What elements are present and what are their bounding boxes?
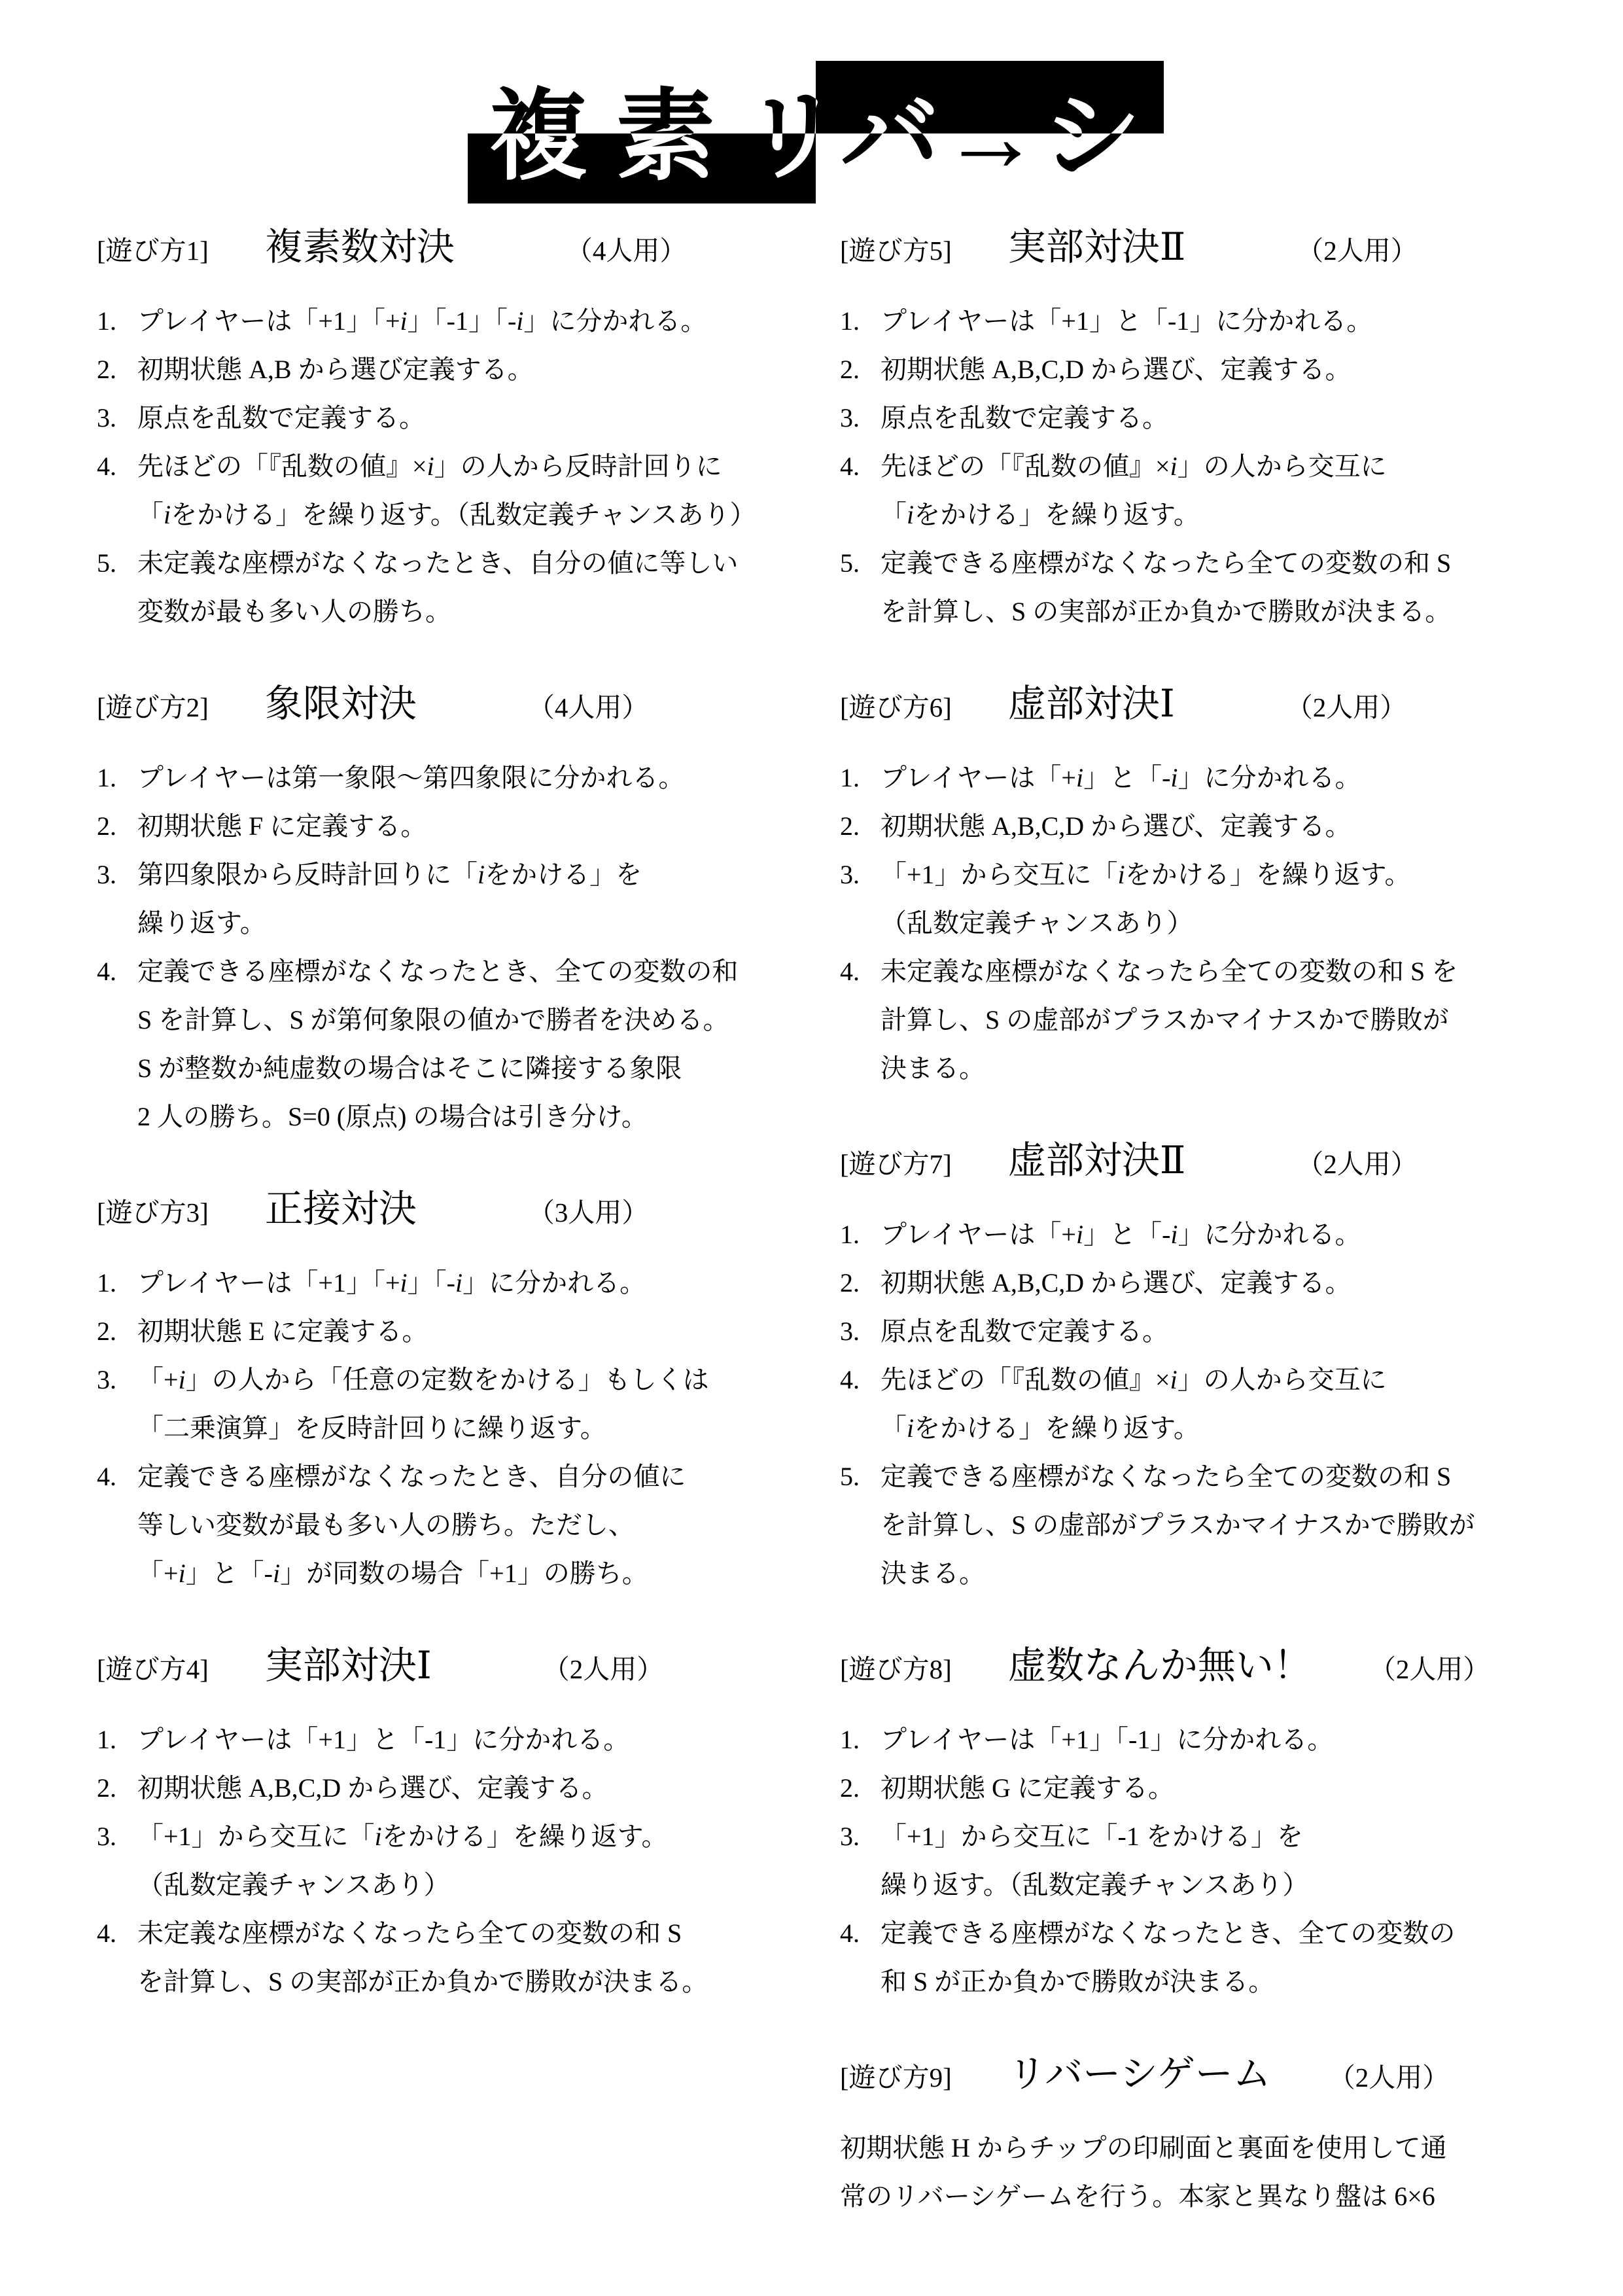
section-game-5: [遊び方5] 実部対決Ⅱ （2人用） 1.プレイヤーは「+1」と「-1」に分かれ… bbox=[840, 216, 1540, 636]
rule-text: プレイヤーは「+1」「-1」に分かれる。 bbox=[881, 1716, 1333, 1764]
rule-item: 1.プレイヤーは「+1」と「-1」に分かれる。 bbox=[97, 1716, 797, 1764]
player-count: （4人用） bbox=[528, 686, 649, 724]
section-title: 正接対決 bbox=[265, 1178, 417, 1233]
section-tag: [遊び方6] bbox=[840, 686, 952, 724]
rule-text: 初期状態 E に定義する。 bbox=[137, 1307, 428, 1356]
section-heading: [遊び方1] 複素数対決 （4人用） bbox=[97, 216, 797, 271]
right-column: [遊び方5] 実部対決Ⅱ （2人用） 1.プレイヤーは「+1」と「-1」に分かれ… bbox=[840, 216, 1540, 2221]
section-tag: [遊び方4] bbox=[97, 1648, 209, 1686]
rule-item: 2.初期状態 E に定義する。 bbox=[97, 1307, 797, 1356]
rule-text: 定義できる座標がなくなったとき、全ての変数の 和 S が正か負かで勝敗が決まる。 bbox=[881, 1909, 1455, 2006]
rule-item: 4.定義できる座標がなくなったとき、全ての変数の和 S を計算し、S が第何象限… bbox=[97, 947, 797, 1141]
rules-list: 1.プレイヤーは「+i」と「-i」に分かれる。 2.初期状態 A,B,C,D か… bbox=[840, 754, 1540, 1093]
rule-number: 4. bbox=[97, 1453, 137, 1598]
rule-number: 2. bbox=[840, 1259, 881, 1307]
rule-item: 1.プレイヤーは「+1」と「-1」に分かれる。 bbox=[840, 297, 1540, 345]
rule-item: 3.「+1」から交互に「iをかける」を繰り返す。 （乱数定義チャンスあり） bbox=[840, 851, 1540, 947]
rule-number: 1. bbox=[840, 297, 881, 345]
rule-text: 先ほどの「『乱数の値』×i」の人から交互に 「iをかける」を繰り返す。 bbox=[881, 442, 1387, 539]
rule-item: 1.プレイヤーは「+1」「+i」「-i」に分かれる。 bbox=[97, 1259, 797, 1307]
rule-text: プレイヤーは「+i」と「-i」に分かれる。 bbox=[881, 1210, 1361, 1259]
rule-text: 原点を乱数で定義する。 bbox=[881, 1307, 1168, 1356]
section-tag: [遊び方5] bbox=[840, 229, 952, 268]
rule-text: 「+1」から交互に「iをかける」を繰り返す。 （乱数定義チャンスあり） bbox=[881, 851, 1411, 947]
rule-text: プレイヤーは「+1」と「-1」に分かれる。 bbox=[881, 297, 1372, 345]
section-game-6: [遊び方6] 虚部対決Ⅰ （2人用） 1.プレイヤーは「+i」と「-i」に分かれ… bbox=[840, 673, 1540, 1093]
section-tag: [遊び方1] bbox=[97, 229, 209, 268]
rule-item: 3.原点を乱数で定義する。 bbox=[97, 394, 797, 442]
rule-item: 2.初期状態 G に定義する。 bbox=[840, 1764, 1540, 1812]
rule-text: 定義できる座標がなくなったら全ての変数の和 S を計算し、S の虚部がプラスかマ… bbox=[881, 1453, 1475, 1598]
section-title: 実部対決Ⅰ bbox=[265, 1634, 432, 1689]
section-game-7: [遊び方7] 虚部対決Ⅱ （2人用） 1.プレイヤーは「+i」と「-i」に分かれ… bbox=[840, 1129, 1540, 1598]
section-title: 複素数対決 bbox=[265, 216, 455, 271]
player-count: （3人用） bbox=[528, 1191, 649, 1229]
rule-item: 2.初期状態 F に定義する。 bbox=[97, 802, 797, 851]
content-columns: [遊び方1] 複素数対決 （4人用） 1.プレイヤーは「+1」「+i」「-1」「… bbox=[97, 216, 1540, 2221]
rule-number: 2. bbox=[840, 1764, 881, 1812]
rule-number: 5. bbox=[840, 539, 881, 636]
rule-item: 3.「+1」から交互に「-1 をかける」を 繰り返す。（乱数定義チャンスあり） bbox=[840, 1812, 1540, 1909]
rule-item: 1.プレイヤーは「+i」と「-i」に分かれる。 bbox=[840, 1210, 1540, 1259]
rule-item: 4.未定義な座標がなくなったら全ての変数の和 S を 計算し、S の虚部がプラス… bbox=[840, 947, 1540, 1093]
rule-text: 先ほどの「『乱数の値』×i」の人から交互に 「iをかける」を繰り返す。 bbox=[881, 1356, 1387, 1453]
section-title: 虚部対決Ⅱ bbox=[1008, 1129, 1185, 1184]
rule-text: 定義できる座標がなくなったとき、自分の値に 等しい変数が最も多い人の勝ち。ただし… bbox=[137, 1453, 686, 1598]
rule-number: 5. bbox=[840, 1453, 881, 1598]
rule-number: 3. bbox=[840, 394, 881, 442]
rule-number: 1. bbox=[840, 754, 881, 802]
rule-number: 2. bbox=[97, 1307, 137, 1356]
rule-number: 2. bbox=[97, 345, 137, 394]
rule-text: 未定義な座標がなくなったら全ての変数の和 S を 計算し、S の虚部がプラスかマ… bbox=[881, 947, 1457, 1093]
rules-list: 1.プレイヤーは「+1」と「-1」に分かれる。 2.初期状態 A,B,C,D か… bbox=[97, 1716, 797, 2006]
game9-description: 初期状態 H からチップの印刷面と裏面を使用して通 常のリバーシゲームを行う。本… bbox=[840, 2124, 1540, 2221]
rule-number: 3. bbox=[840, 851, 881, 947]
section-heading: [遊び方6] 虚部対決Ⅰ （2人用） bbox=[840, 673, 1540, 728]
rules-list: 1.プレイヤーは第一象限～第四象限に分かれる。 2.初期状態 F に定義する。 … bbox=[97, 754, 797, 1141]
rule-number: 1. bbox=[97, 1259, 137, 1307]
rule-text: プレイヤーは「+1」「+i」「-i」に分かれる。 bbox=[137, 1259, 646, 1307]
rule-number: 3. bbox=[97, 394, 137, 442]
section-heading: [遊び方8] 虚数なんか無い！ （2人用） bbox=[840, 1634, 1540, 1689]
section-heading: [遊び方4] 実部対決Ⅰ （2人用） bbox=[97, 1634, 797, 1689]
rule-item: 1.プレイヤーは「+i」と「-i」に分かれる。 bbox=[840, 754, 1540, 802]
rule-text: プレイヤーは「+1」と「-1」に分かれる。 bbox=[137, 1716, 629, 1764]
rule-item: 3.原点を乱数で定義する。 bbox=[840, 1307, 1540, 1356]
rule-number: 1. bbox=[97, 754, 137, 802]
rule-number: 1. bbox=[97, 1716, 137, 1764]
page-title: 複 素 リバ→シ bbox=[468, 56, 1164, 199]
rule-number: 2. bbox=[840, 802, 881, 851]
rule-number: 5. bbox=[97, 539, 137, 636]
rule-number: 4. bbox=[97, 1909, 137, 2006]
rule-item: 4.先ほどの「『乱数の値』×i」の人から交互に 「iをかける」を繰り返す。 bbox=[840, 442, 1540, 539]
section-game-3: [遊び方3] 正接対決 （3人用） 1.プレイヤーは「+1」「+i」「-i」に分… bbox=[97, 1178, 797, 1598]
section-tag: [遊び方3] bbox=[97, 1191, 209, 1229]
title-banner: 複 素 リバ→シ bbox=[468, 61, 1164, 203]
section-game-9: [遊び方9] リバーシゲーム （2人用） 初期状態 H からチップの印刷面と裏面… bbox=[840, 2043, 1540, 2221]
rule-number: 2. bbox=[97, 802, 137, 851]
rule-text: 初期状態 G に定義する。 bbox=[881, 1764, 1174, 1812]
rule-number: 1. bbox=[840, 1716, 881, 1764]
rule-text: 第四象限から反時計回りに「iをかける」を 繰り返す。 bbox=[137, 851, 642, 947]
rule-text: 初期状態 A,B,C,D から選び、定義する。 bbox=[881, 802, 1352, 851]
rule-number: 3. bbox=[840, 1307, 881, 1356]
rules-list: 1.プレイヤーは「+i」と「-i」に分かれる。 2.初期状態 A,B,C,D か… bbox=[840, 1210, 1540, 1598]
rule-item: 4.先ほどの「『乱数の値』×i」の人から反時計回りに 「iをかける」を繰り返す。… bbox=[97, 442, 797, 539]
rule-item: 2.初期状態 A,B,C,D から選び、定義する。 bbox=[840, 802, 1540, 851]
rule-text: 定義できる座標がなくなったら全ての変数の和 S を計算し、S の実部が正か負かで… bbox=[881, 539, 1451, 636]
rule-number: 4. bbox=[840, 1909, 881, 2006]
section-tag: [遊び方9] bbox=[840, 2056, 952, 2094]
section-title: 虚部対決Ⅰ bbox=[1008, 673, 1175, 728]
rule-number: 2. bbox=[840, 345, 881, 394]
rule-item: 4.定義できる座標がなくなったとき、全ての変数の 和 S が正か負かで勝敗が決ま… bbox=[840, 1909, 1540, 2006]
player-count: （2人用） bbox=[1297, 229, 1418, 268]
rule-text: 初期状態 A,B から選び定義する。 bbox=[137, 345, 534, 394]
rules-list: 1.プレイヤーは「+1」と「-1」に分かれる。 2.初期状態 A,B,C,D か… bbox=[840, 297, 1540, 636]
rule-item: 5.定義できる座標がなくなったら全ての変数の和 S を計算し、S の実部が正か負… bbox=[840, 539, 1540, 636]
rule-number: 4. bbox=[840, 442, 881, 539]
rule-text: 原点を乱数で定義する。 bbox=[881, 394, 1168, 442]
section-title: 象限対決 bbox=[265, 673, 417, 728]
section-game-4: [遊び方4] 実部対決Ⅰ （2人用） 1.プレイヤーは「+1」と「-1」に分かれ… bbox=[97, 1634, 797, 2006]
rule-text: 定義できる座標がなくなったとき、全ての変数の和 S を計算し、S が第何象限の値… bbox=[137, 947, 738, 1141]
rule-item: 2.初期状態 A,B,C,D から選び、定義する。 bbox=[840, 1259, 1540, 1307]
rule-number: 1. bbox=[840, 1210, 881, 1259]
section-tag: [遊び方8] bbox=[840, 1648, 952, 1686]
rules-list: 1.プレイヤーは「+1」「-1」に分かれる。 2.初期状態 G に定義する。 3… bbox=[840, 1716, 1540, 2006]
rule-item: 2.初期状態 A,B から選び定義する。 bbox=[97, 345, 797, 394]
rule-item: 1.プレイヤーは「+1」「+i」「-1」「-i」に分かれる。 bbox=[97, 297, 797, 345]
section-game-8: [遊び方8] 虚数なんか無い！ （2人用） 1.プレイヤーは「+1」「-1」に分… bbox=[840, 1634, 1540, 2006]
document-page: 複 素 リバ→シ [遊び方1] 複素数対決 （4人用） 1.プレイヤーは「+1」… bbox=[0, 0, 1623, 2296]
rule-item: 2.初期状態 A,B,C,D から選び、定義する。 bbox=[97, 1764, 797, 1812]
rule-item: 3.「+1」から交互に「iをかける」を繰り返す。 （乱数定義チャンスあり） bbox=[97, 1812, 797, 1909]
player-count: （2人用） bbox=[1286, 686, 1407, 724]
player-count: （2人用） bbox=[1369, 1648, 1490, 1686]
left-column: [遊び方1] 複素数対決 （4人用） 1.プレイヤーは「+1」「+i」「-1」「… bbox=[97, 216, 797, 2221]
rule-number: 1. bbox=[97, 297, 137, 345]
player-count: （2人用） bbox=[1297, 1142, 1418, 1181]
rule-number: 4. bbox=[97, 442, 137, 539]
rule-number: 4. bbox=[840, 947, 881, 1093]
player-count: （2人用） bbox=[1329, 2056, 1450, 2094]
rule-text: 初期状態 F に定義する。 bbox=[137, 802, 427, 851]
rule-item: 5.定義できる座標がなくなったら全ての変数の和 S を計算し、S の虚部がプラス… bbox=[840, 1453, 1540, 1598]
rule-text: 未定義な座標がなくなったら全ての変数の和 S を計算し、S の実部が正か負かで勝… bbox=[137, 1909, 708, 2006]
rule-item: 3.原点を乱数で定義する。 bbox=[840, 394, 1540, 442]
rule-item: 3.第四象限から反時計回りに「iをかける」を 繰り返す。 bbox=[97, 851, 797, 947]
rule-item: 4.先ほどの「『乱数の値』×i」の人から交互に 「iをかける」を繰り返す。 bbox=[840, 1356, 1540, 1453]
rule-item: 1.プレイヤーは第一象限～第四象限に分かれる。 bbox=[97, 754, 797, 802]
rules-list: 1.プレイヤーは「+1」「+i」「-i」に分かれる。 2.初期状態 E に定義す… bbox=[97, 1259, 797, 1598]
rule-number: 4. bbox=[97, 947, 137, 1141]
rule-text: プレイヤーは第一象限～第四象限に分かれる。 bbox=[137, 754, 684, 802]
section-heading: [遊び方9] リバーシゲーム （2人用） bbox=[840, 2043, 1540, 2098]
rule-text: 先ほどの「『乱数の値』×i」の人から反時計回りに 「iをかける」を繰り返す。（乱… bbox=[137, 442, 756, 539]
rule-text: 「+1」から交互に「iをかける」を繰り返す。 （乱数定義チャンスあり） bbox=[137, 1812, 668, 1909]
rule-number: 3. bbox=[97, 1812, 137, 1909]
section-heading: [遊び方5] 実部対決Ⅱ （2人用） bbox=[840, 216, 1540, 271]
rule-text: プレイヤーは「+1」「+i」「-1」「-i」に分かれる。 bbox=[137, 297, 707, 345]
rule-text: 未定義な座標がなくなったとき、自分の値に等しい 変数が最も多い人の勝ち。 bbox=[137, 539, 738, 636]
rule-text: プレイヤーは「+i」と「-i」に分かれる。 bbox=[881, 754, 1361, 802]
rule-text: 「+i」の人から「任意の定数をかける」もしくは 「二乗演算」を反時計回りに繰り返… bbox=[137, 1356, 709, 1453]
player-count: （4人用） bbox=[566, 229, 687, 268]
rule-text: 「+1」から交互に「-1 をかける」を 繰り返す。（乱数定義チャンスあり） bbox=[881, 1812, 1308, 1909]
section-heading: [遊び方2] 象限対決 （4人用） bbox=[97, 673, 797, 728]
rule-item: 3.「+i」の人から「任意の定数をかける」もしくは 「二乗演算」を反時計回りに繰… bbox=[97, 1356, 797, 1453]
section-title: 虚数なんか無い！ bbox=[1008, 1634, 1312, 1689]
rule-item: 4.定義できる座標がなくなったとき、自分の値に 等しい変数が最も多い人の勝ち。た… bbox=[97, 1453, 797, 1598]
section-tag: [遊び方2] bbox=[97, 686, 209, 724]
section-title: リバーシゲーム bbox=[1008, 2043, 1271, 2098]
rule-number: 2. bbox=[97, 1764, 137, 1812]
player-count: （2人用） bbox=[543, 1648, 664, 1686]
rule-text: 初期状態 A,B,C,D から選び、定義する。 bbox=[881, 1259, 1352, 1307]
rule-item: 4.未定義な座標がなくなったら全ての変数の和 S を計算し、S の実部が正か負か… bbox=[97, 1909, 797, 2006]
section-game-2: [遊び方2] 象限対決 （4人用） 1.プレイヤーは第一象限～第四象限に分かれる… bbox=[97, 673, 797, 1141]
rule-number: 3. bbox=[97, 851, 137, 947]
rule-number: 3. bbox=[97, 1356, 137, 1453]
rule-item: 1.プレイヤーは「+1」「-1」に分かれる。 bbox=[840, 1716, 1540, 1764]
rule-text: 原点を乱数で定義する。 bbox=[137, 394, 425, 442]
section-heading: [遊び方7] 虚部対決Ⅱ （2人用） bbox=[840, 1129, 1540, 1184]
section-title: 実部対決Ⅱ bbox=[1008, 216, 1185, 271]
rule-number: 3. bbox=[840, 1812, 881, 1909]
rule-text: 初期状態 A,B,C,D から選び、定義する。 bbox=[881, 345, 1352, 394]
section-heading: [遊び方3] 正接対決 （3人用） bbox=[97, 1178, 797, 1233]
section-tag: [遊び方7] bbox=[840, 1142, 952, 1181]
rules-list: 1.プレイヤーは「+1」「+i」「-1」「-i」に分かれる。 2.初期状態 A,… bbox=[97, 297, 797, 636]
rule-item: 2.初期状態 A,B,C,D から選び、定義する。 bbox=[840, 345, 1540, 394]
rule-number: 4. bbox=[840, 1356, 881, 1453]
rule-text: 初期状態 A,B,C,D から選び、定義する。 bbox=[137, 1764, 608, 1812]
section-game-1: [遊び方1] 複素数対決 （4人用） 1.プレイヤーは「+1」「+i」「-1」「… bbox=[97, 216, 797, 636]
rule-item: 5.未定義な座標がなくなったとき、自分の値に等しい 変数が最も多い人の勝ち。 bbox=[97, 539, 797, 636]
